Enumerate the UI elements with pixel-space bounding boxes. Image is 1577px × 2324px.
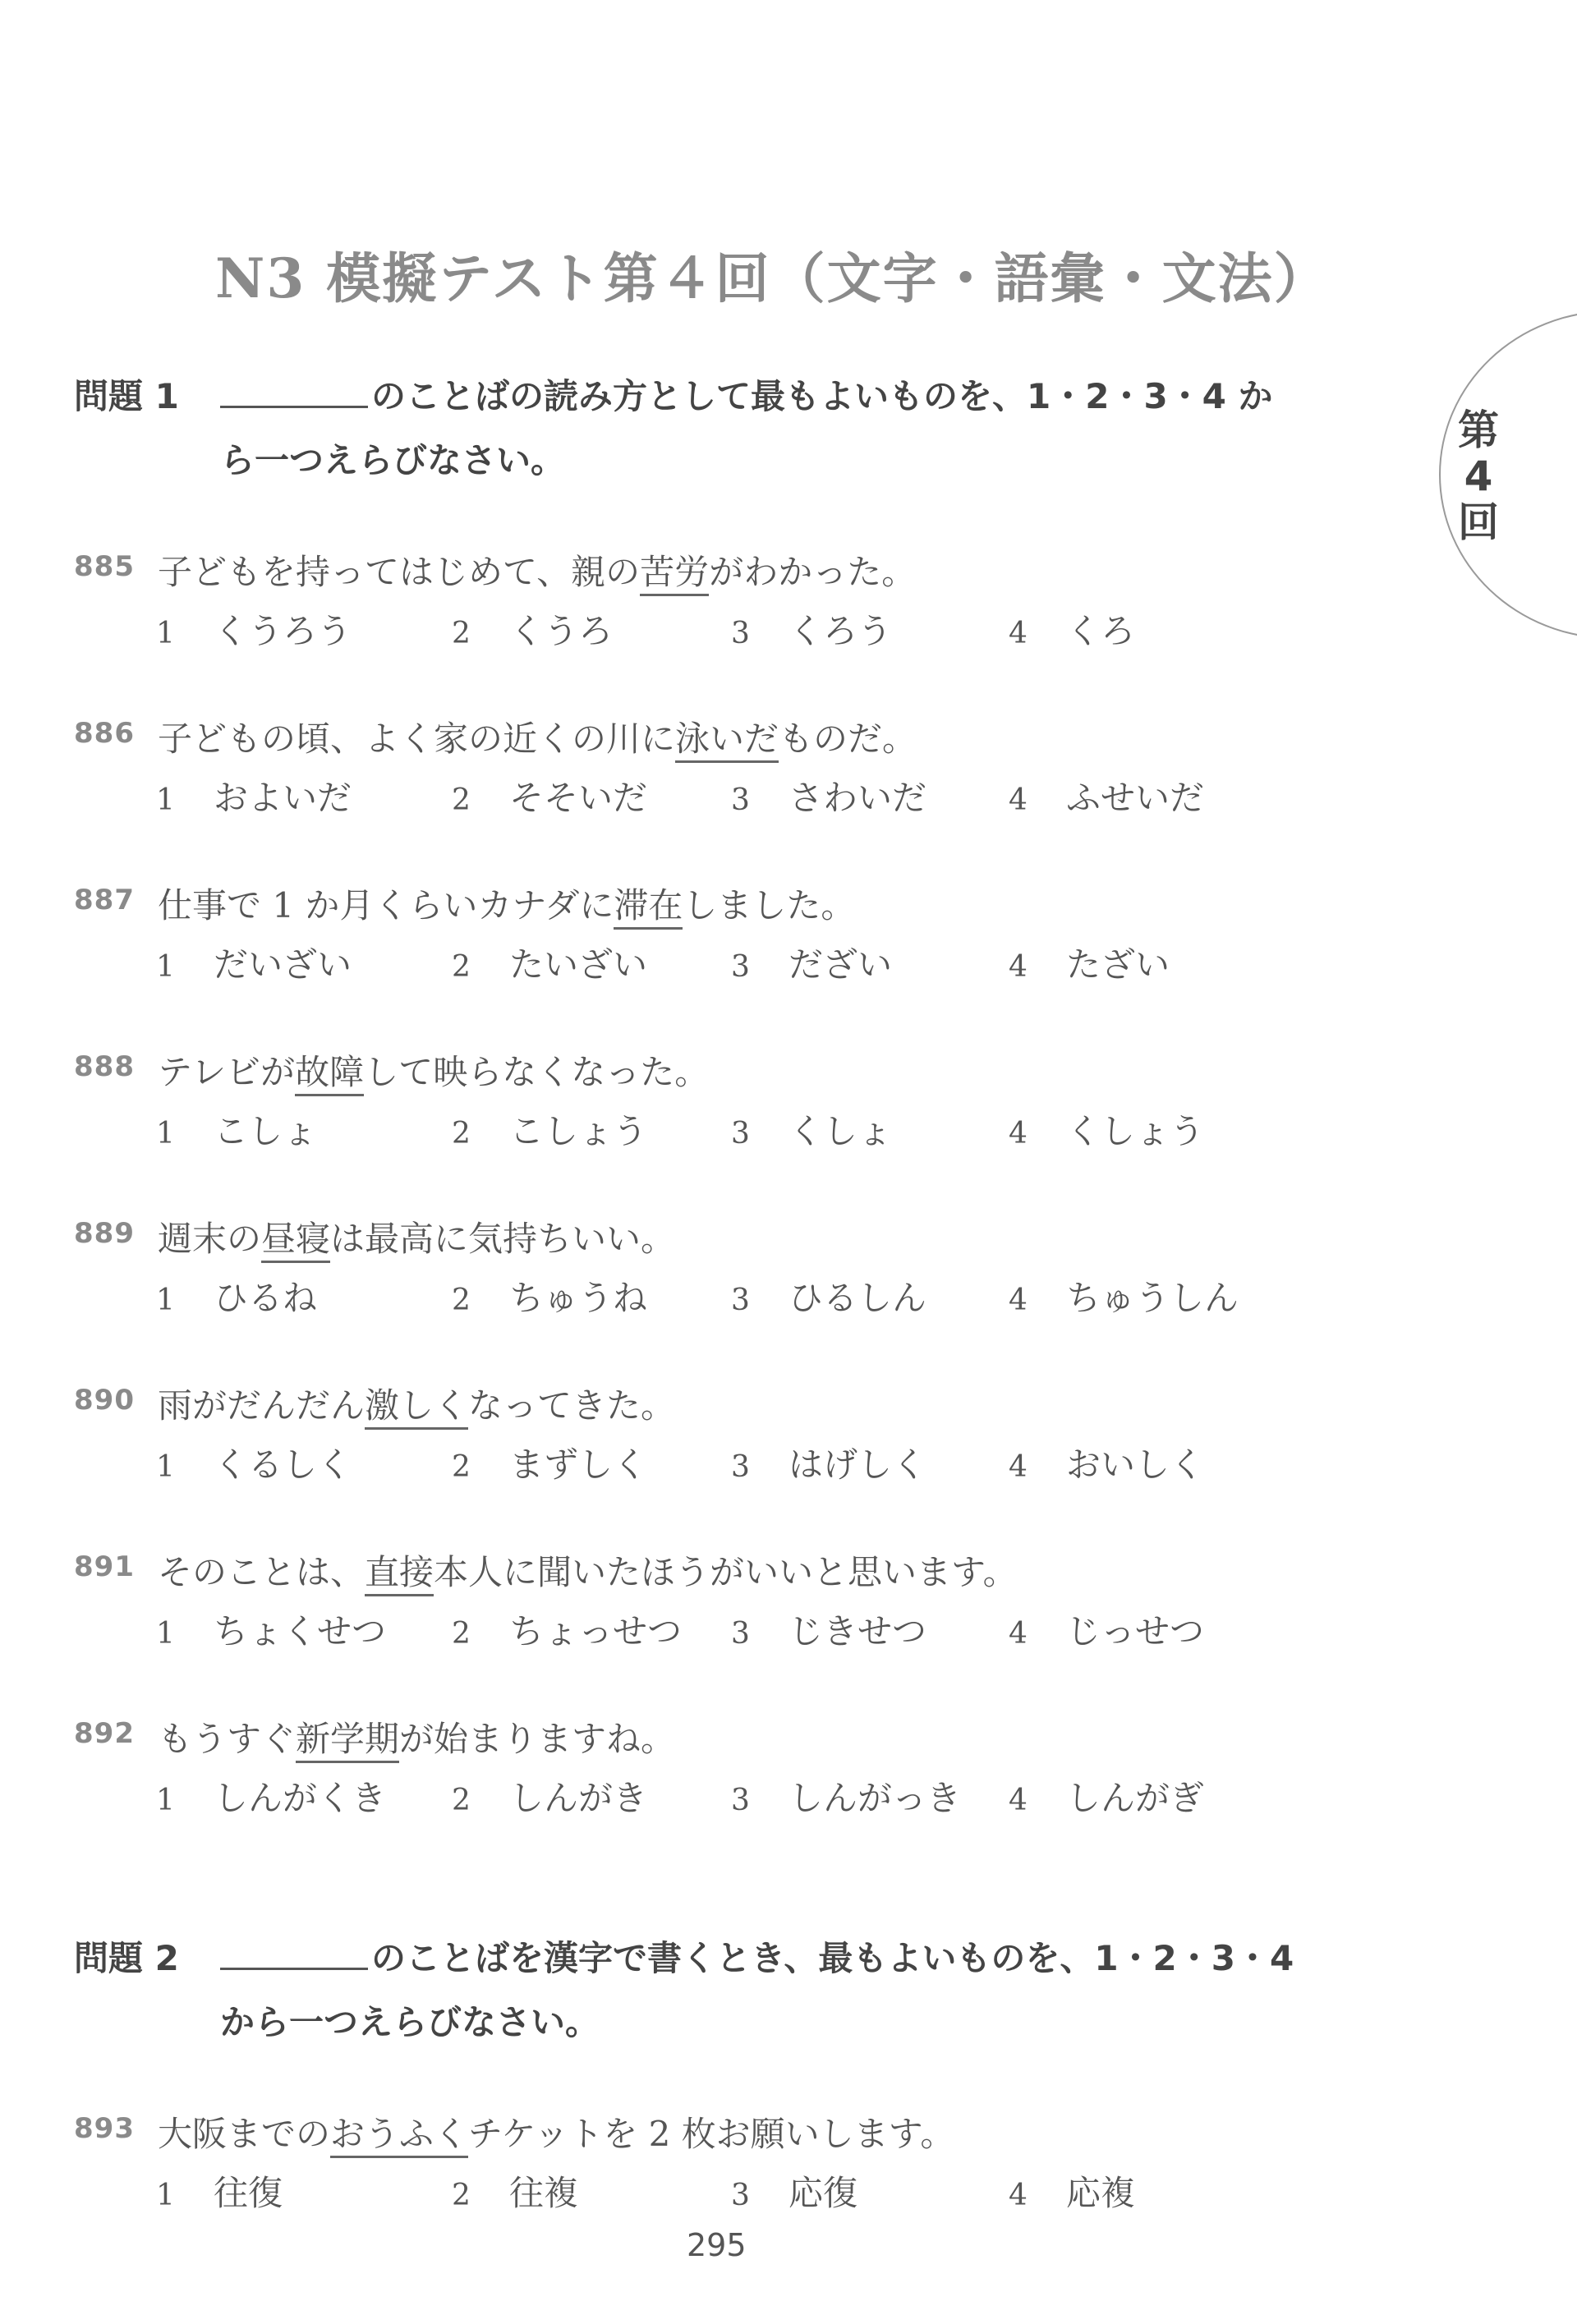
option-2[interactable]: 2まずしく [452, 1438, 647, 1487]
instruction-line-1: のことばの読み方として最もよいものを、1・2・3・4 か [371, 376, 1273, 416]
option-2[interactable]: 2しんがき [452, 1771, 647, 1821]
underlined-target: 滞在 [614, 885, 683, 930]
option-4[interactable]: 4たざい [1009, 938, 1170, 987]
question-number: 890 [74, 1384, 135, 1417]
option-1[interactable]: 1くうろう [156, 604, 352, 654]
page-title: N3 模擬テスト第４回（文字・語彙・文法） [215, 235, 1225, 313]
question-number: 893 [74, 2112, 135, 2145]
question-number: 888 [74, 1050, 135, 1083]
instruction-line-2: から一つえらびなさい。 [220, 2002, 600, 2042]
chapter-tab-label: 第 4 回 [1454, 407, 1503, 545]
question-stem: 週末の昼寝は最高に気持ちいい。 [158, 1212, 675, 1261]
option-3[interactable]: 3だざい [731, 938, 892, 987]
underlined-target: 新学期 [296, 1719, 399, 1763]
question-number: 887 [74, 884, 135, 916]
underlined-target: 直接 [365, 1552, 434, 1596]
option-3[interactable]: 3さわいだ [731, 771, 926, 820]
option-1[interactable]: 1およいだ [156, 771, 352, 820]
page-number: 295 [687, 2227, 747, 2263]
section-label: 問題 1 [74, 365, 179, 429]
option-2[interactable]: 2こしょう [452, 1105, 647, 1154]
question-stem: 子どもの頃、よく家の近くの川に泳いだものだ。 [158, 712, 917, 761]
section-label: 問題 2 [74, 1927, 179, 1991]
option-2[interactable]: 2くうろ [452, 604, 613, 654]
option-4[interactable]: 4くしょう [1009, 1105, 1204, 1154]
question-number: 891 [74, 1550, 135, 1583]
question-stem: もうすぐ新学期が始まりますね。 [158, 1712, 675, 1761]
question-number: 892 [74, 1717, 135, 1750]
blank-line [220, 1940, 368, 1970]
option-2[interactable]: 2そそいだ [452, 771, 647, 820]
option-3[interactable]: 3ひるしん [731, 1271, 926, 1320]
chapter-tab-line: 回 [1454, 499, 1503, 545]
instruction-line-1: のことばを漢字で書くとき、最もよいものを、1・2・3・4 [371, 1938, 1294, 1978]
option-4[interactable]: 4おいしく [1009, 1438, 1204, 1487]
underlined-target: おうふく [330, 2114, 468, 2158]
question-stem: テレビが故障して映らなくなった。 [158, 1045, 709, 1095]
chapter-tab-line: 4 [1454, 453, 1503, 499]
question-stem: 大阪までのおうふくチケットを 2 枚お願いします。 [158, 2107, 954, 2156]
option-2[interactable]: 2たいざい [452, 938, 647, 987]
option-1[interactable]: 1ちょくせつ [156, 1605, 386, 1654]
underlined-target: 苦労 [640, 552, 709, 596]
option-3[interactable]: 3応復 [731, 2166, 857, 2216]
option-1[interactable]: 1だいざい [156, 938, 352, 987]
underlined-target: 泳いだ [675, 719, 779, 763]
question-number: 889 [74, 1217, 135, 1250]
option-4[interactable]: 4くろ [1009, 604, 1135, 654]
question-number: 885 [74, 550, 135, 583]
option-3[interactable]: 3くしょ [731, 1105, 892, 1154]
option-4[interactable]: 4ちゅうしん [1009, 1271, 1239, 1320]
underlined-target: 故障 [295, 1052, 364, 1096]
option-1[interactable]: 1こしょ [156, 1105, 317, 1154]
option-2[interactable]: 2往複 [452, 2166, 578, 2216]
option-2[interactable]: 2ちゅうね [452, 1271, 647, 1320]
option-4[interactable]: 4応複 [1009, 2166, 1135, 2216]
option-1[interactable]: 1くるしく [156, 1438, 352, 1487]
option-4[interactable]: 4しんがぎ [1009, 1771, 1204, 1821]
question-stem: そのことは、直接本人に聞いたほうがいいと思います。 [158, 1546, 1018, 1595]
question-stem: 子どもを持ってはじめて、親の苦労がわかった。 [158, 545, 916, 595]
blank-line [220, 378, 368, 408]
option-3[interactable]: 3じきせつ [731, 1605, 926, 1654]
chapter-tab-line: 第 [1454, 407, 1503, 453]
option-3[interactable]: 3くろう [731, 604, 892, 654]
option-2[interactable]: 2ちょっせつ [452, 1605, 682, 1654]
option-4[interactable]: 4ふせいだ [1009, 771, 1204, 820]
question-stem: 仕事で 1 か月くらいカナダに滞在しました。 [158, 879, 855, 928]
option-1[interactable]: 1往復 [156, 2166, 283, 2216]
underlined-target: 激しく [365, 1385, 468, 1430]
option-3[interactable]: 3はげしく [731, 1438, 926, 1487]
instruction-line-2: ら一つえらびなさい。 [220, 440, 565, 480]
question-stem: 雨がだんだん激しくなってきた。 [158, 1379, 675, 1428]
instruction-text: のことばの読み方として最もよいものを、1・2・3・4 か ら一つえらびなさい。 [220, 365, 1436, 493]
option-3[interactable]: 3しんがっき [731, 1771, 961, 1821]
underlined-target: 昼寝 [261, 1219, 330, 1263]
option-4[interactable]: 4じっせつ [1009, 1605, 1204, 1654]
option-1[interactable]: 1ひるね [156, 1271, 317, 1320]
question-number: 886 [74, 717, 135, 750]
option-1[interactable]: 1しんがくき [156, 1771, 386, 1821]
instruction-text: のことばを漢字で書くとき、最もよいものを、1・2・3・4 から一つえらびなさい。 [220, 1927, 1436, 2055]
